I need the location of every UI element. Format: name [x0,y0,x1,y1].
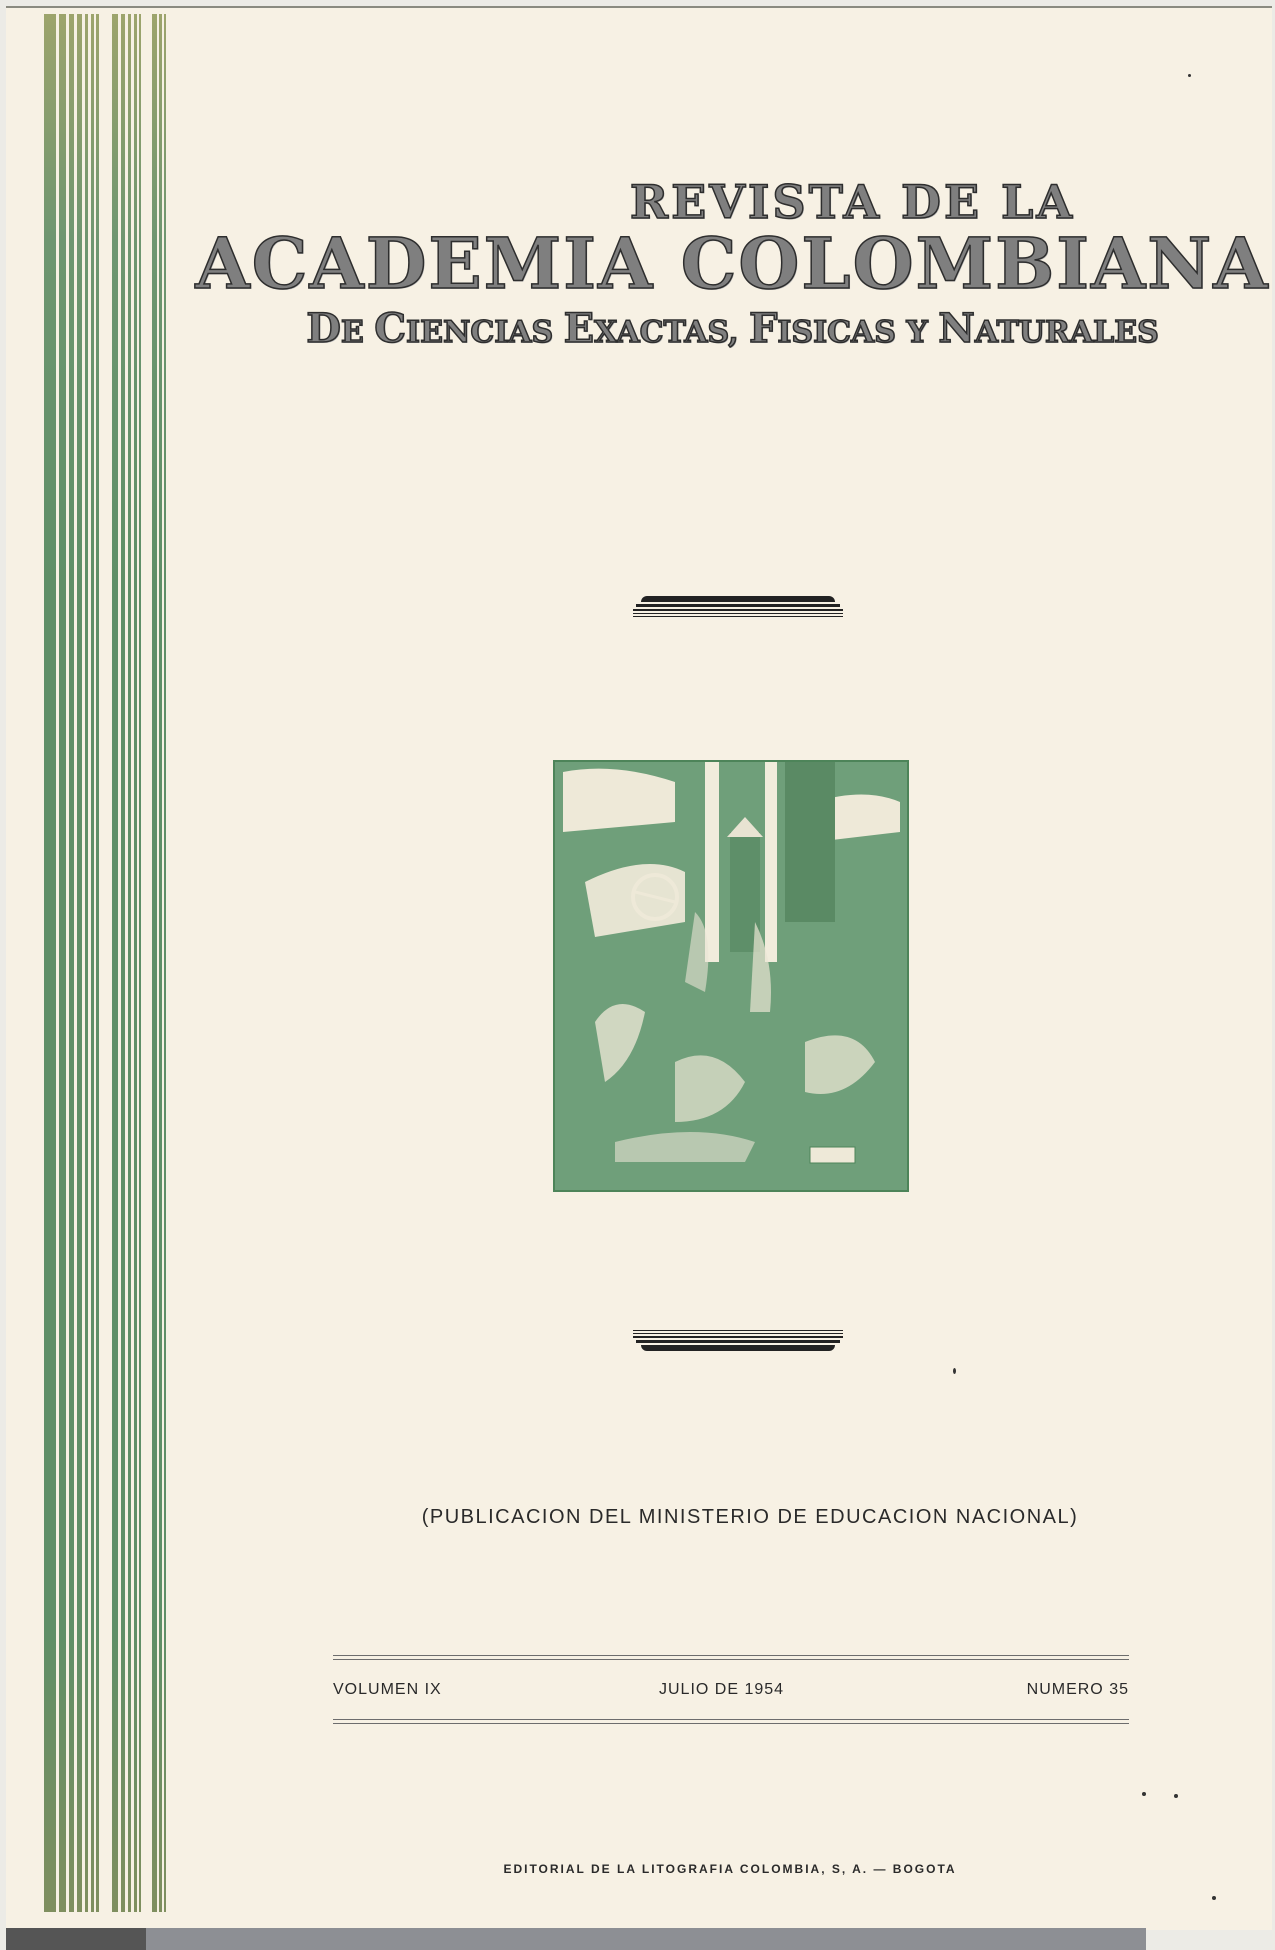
issue-number: NUMERO 35 [1027,1681,1129,1699]
scan-edge-shadow [6,1928,146,1950]
publication-note: (PUBLICACION DEL MINISTERIO DE EDUCACION… [370,1506,1130,1529]
masthead-line-1: REVISTA DE LA [190,175,1275,229]
issue-date: JULIO DE 1954 [659,1681,784,1699]
rule-top-1 [333,1655,1129,1656]
volume-label: VOLUMEN IX [333,1681,442,1699]
paper-speck [1212,1896,1216,1900]
paper-speck [953,1368,956,1374]
paper-speck [1142,1792,1146,1796]
masthead-title: ACADEMIA COLOMBIANA [190,222,1275,305]
rule-bottom-1 [333,1719,1129,1720]
paper-speck [1188,74,1191,77]
scan-background [146,1928,1146,1950]
rule-top-2 [333,1659,1129,1660]
publisher-line: EDITORIAL DE LA LITOGRAFIA COLOMBIA, S, … [400,1862,1060,1876]
ornament-bottom [633,1330,843,1356]
masthead-subtitle: DE CIENCIAS EXACTAS, FISICAS Y NATURALES [190,305,1275,352]
woodcut-illustration [553,760,909,1192]
ornament-top [633,596,843,622]
woodcut-image-icon [555,762,907,1190]
paper-speck [1174,1794,1178,1798]
rule-bottom-2 [333,1723,1129,1724]
